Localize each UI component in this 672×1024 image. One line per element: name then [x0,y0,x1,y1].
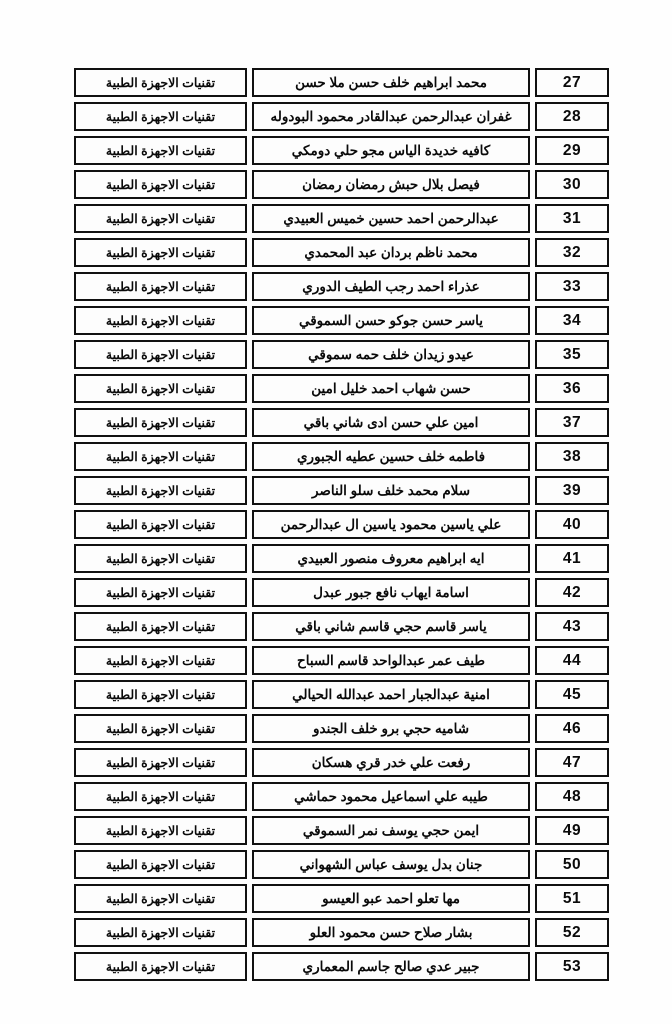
table-row: تقنيات الاجهزة الطبية فيصل بلال حبش رمضا… [74,170,609,199]
department-cell: تقنيات الاجهزة الطبية [74,340,247,369]
table-row: تقنيات الاجهزة الطبية عذراء احمد رجب الط… [74,272,609,301]
student-name-cell: ايمن حجي يوسف نمر السموقي [252,816,530,845]
row-number-cell: 38 [535,442,609,471]
student-name-cell: شاميه حجي برو خلف الجندو [252,714,530,743]
department-cell: تقنيات الاجهزة الطبية [74,782,247,811]
student-name-cell: امين علي حسن ادى شاني باقي [252,408,530,437]
table-row: تقنيات الاجهزة الطبية شاميه حجي برو خلف … [74,714,609,743]
student-name-cell: كافيه خديدة الياس مجو حلي دومكي [252,136,530,165]
table-row: تقنيات الاجهزة الطبية عيدو زيدان خلف حمه… [74,340,609,369]
table-row: تقنيات الاجهزة الطبية طيف عمر عبدالواحد … [74,646,609,675]
department-cell: تقنيات الاجهزة الطبية [74,850,247,879]
department-cell: تقنيات الاجهزة الطبية [74,374,247,403]
table-row: تقنيات الاجهزة الطبية غفران عبدالرحمن عب… [74,102,609,131]
table-row: تقنيات الاجهزة الطبية عبدالرحمن احمد حسي… [74,204,609,233]
student-name-cell: فيصل بلال حبش رمضان رمضان [252,170,530,199]
row-number-cell: 53 [535,952,609,981]
row-number-cell: 35 [535,340,609,369]
student-name-cell: ياسر قاسم حجي قاسم شاني باقي [252,612,530,641]
department-cell: تقنيات الاجهزة الطبية [74,272,247,301]
department-cell: تقنيات الاجهزة الطبية [74,816,247,845]
table-row: تقنيات الاجهزة الطبية كافيه خديدة الياس … [74,136,609,165]
department-cell: تقنيات الاجهزة الطبية [74,102,247,131]
department-cell: تقنيات الاجهزة الطبية [74,918,247,947]
student-name-cell: عيدو زيدان خلف حمه سموقي [252,340,530,369]
row-number-cell: 43 [535,612,609,641]
row-number-cell: 39 [535,476,609,505]
table-row: تقنيات الاجهزة الطبية جبير عدي صالح جاسم… [74,952,609,981]
table-row: تقنيات الاجهزة الطبية امنية عبدالجبار اح… [74,680,609,709]
row-number-cell: 41 [535,544,609,573]
student-name-cell: غفران عبدالرحمن عبدالقادر محمود البودوله [252,102,530,131]
row-number-cell: 32 [535,238,609,267]
row-number-cell: 47 [535,748,609,777]
table-row: تقنيات الاجهزة الطبية رفعت علي خدر قري ه… [74,748,609,777]
department-cell: تقنيات الاجهزة الطبية [74,442,247,471]
student-name-cell: حسن شهاب احمد خليل امين [252,374,530,403]
row-number-cell: 29 [535,136,609,165]
department-cell: تقنيات الاجهزة الطبية [74,884,247,913]
table-row: تقنيات الاجهزة الطبية ياسر قاسم حجي قاسم… [74,612,609,641]
student-name-cell: طيف عمر عبدالواحد قاسم السباح [252,646,530,675]
table-row: تقنيات الاجهزة الطبية طيبه علي اسماعيل م… [74,782,609,811]
department-cell: تقنيات الاجهزة الطبية [74,68,247,97]
table-row: تقنيات الاجهزة الطبية مها تعلو احمد عبو … [74,884,609,913]
row-number-cell: 50 [535,850,609,879]
row-number-cell: 51 [535,884,609,913]
department-cell: تقنيات الاجهزة الطبية [74,952,247,981]
row-number-cell: 46 [535,714,609,743]
department-cell: تقنيات الاجهزة الطبية [74,748,247,777]
table-row: تقنيات الاجهزة الطبية امين علي حسن ادى ش… [74,408,609,437]
department-cell: تقنيات الاجهزة الطبية [74,544,247,573]
student-name-cell: رفعت علي خدر قري هسكان [252,748,530,777]
row-number-cell: 37 [535,408,609,437]
student-name-cell: ايه ابراهيم معروف منصور العبيدي [252,544,530,573]
department-cell: تقنيات الاجهزة الطبية [74,306,247,335]
table-row: تقنيات الاجهزة الطبية علي ياسين محمود يا… [74,510,609,539]
student-name-cell: عذراء احمد رجب الطيف الدوري [252,272,530,301]
student-name-cell: عبدالرحمن احمد حسين خميس العبيدي [252,204,530,233]
row-number-cell: 33 [535,272,609,301]
department-cell: تقنيات الاجهزة الطبية [74,204,247,233]
row-number-cell: 40 [535,510,609,539]
row-number-cell: 30 [535,170,609,199]
department-cell: تقنيات الاجهزة الطبية [74,612,247,641]
table-row: تقنيات الاجهزة الطبية ياسر حسن جوكو حسن … [74,306,609,335]
table-row: تقنيات الاجهزة الطبية جنان بدل يوسف عباس… [74,850,609,879]
row-number-cell: 49 [535,816,609,845]
department-cell: تقنيات الاجهزة الطبية [74,510,247,539]
student-name-cell: فاطمه خلف حسين عطيه الجبوري [252,442,530,471]
department-cell: تقنيات الاجهزة الطبية [74,408,247,437]
department-cell: تقنيات الاجهزة الطبية [74,170,247,199]
department-cell: تقنيات الاجهزة الطبية [74,680,247,709]
student-name-cell: سلام محمد خلف سلو الناصر [252,476,530,505]
department-cell: تقنيات الاجهزة الطبية [74,578,247,607]
student-name-cell: مها تعلو احمد عبو العيسو [252,884,530,913]
student-name-cell: محمد ابراهيم خلف حسن ملا حسن [252,68,530,97]
student-name-cell: بشار صلاح حسن محمود العلو [252,918,530,947]
row-number-cell: 48 [535,782,609,811]
document-page: تقنيات الاجهزة الطبية محمد ابراهيم خلف ح… [0,0,672,1024]
table-row: تقنيات الاجهزة الطبية ايه ابراهيم معروف … [74,544,609,573]
department-cell: تقنيات الاجهزة الطبية [74,238,247,267]
department-cell: تقنيات الاجهزة الطبية [74,476,247,505]
roster-table: تقنيات الاجهزة الطبية محمد ابراهيم خلف ح… [74,68,609,981]
department-cell: تقنيات الاجهزة الطبية [74,714,247,743]
row-number-cell: 52 [535,918,609,947]
student-name-cell: محمد ناظم بردان عبد المحمدي [252,238,530,267]
table-row: تقنيات الاجهزة الطبية سلام محمد خلف سلو … [74,476,609,505]
student-name-cell: امنية عبدالجبار احمد عبدالله الحيالي [252,680,530,709]
table-row: تقنيات الاجهزة الطبية حسن شهاب احمد خليل… [74,374,609,403]
student-name-cell: اسامة ايهاب نافع جبور عبدل [252,578,530,607]
table-row: تقنيات الاجهزة الطبية فاطمه خلف حسين عطي… [74,442,609,471]
row-number-cell: 36 [535,374,609,403]
student-name-cell: جبير عدي صالح جاسم المعماري [252,952,530,981]
row-number-cell: 28 [535,102,609,131]
student-name-cell: جنان بدل يوسف عباس الشهواني [252,850,530,879]
row-number-cell: 44 [535,646,609,675]
row-number-cell: 31 [535,204,609,233]
department-cell: تقنيات الاجهزة الطبية [74,136,247,165]
row-number-cell: 45 [535,680,609,709]
student-name-cell: طيبه علي اسماعيل محمود حماشي [252,782,530,811]
student-name-cell: علي ياسين محمود ياسين ال عبدالرحمن [252,510,530,539]
row-number-cell: 27 [535,68,609,97]
student-name-cell: ياسر حسن جوكو حسن السموقي [252,306,530,335]
table-row: تقنيات الاجهزة الطبية بشار صلاح حسن محمو… [74,918,609,947]
department-cell: تقنيات الاجهزة الطبية [74,646,247,675]
table-row: تقنيات الاجهزة الطبية ايمن حجي يوسف نمر … [74,816,609,845]
row-number-cell: 42 [535,578,609,607]
table-row: تقنيات الاجهزة الطبية اسامة ايهاب نافع ج… [74,578,609,607]
table-row: تقنيات الاجهزة الطبية محمد ابراهيم خلف ح… [74,68,609,97]
table-row: تقنيات الاجهزة الطبية محمد ناظم بردان عب… [74,238,609,267]
row-number-cell: 34 [535,306,609,335]
